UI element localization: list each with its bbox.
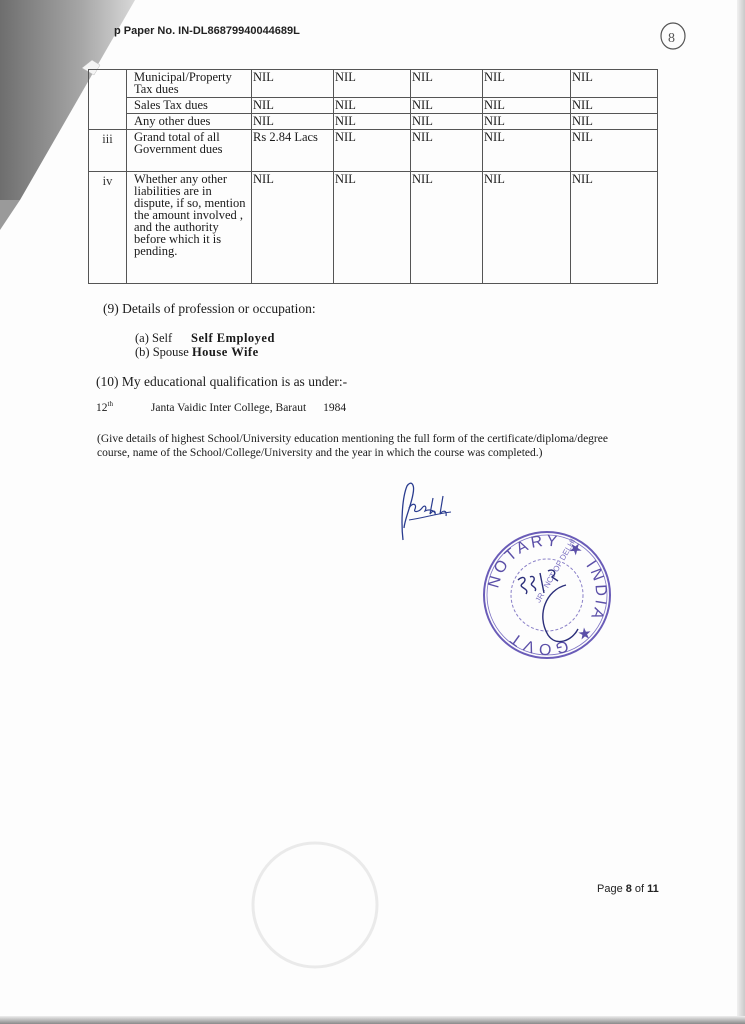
occupation-spouse-label: (b) Spouse <box>135 345 189 359</box>
signature-icon <box>395 478 465 548</box>
table-row: iiiGrand total of all Government duesRs … <box>89 130 658 172</box>
table-cell: NIL <box>334 70 411 98</box>
bleed-through-stamp-icon <box>240 835 390 975</box>
table-cell: NIL <box>252 114 334 130</box>
table-cell: NIL <box>483 172 571 284</box>
table-cell: NIL <box>571 98 658 114</box>
row-index: iv <box>89 172 127 284</box>
table-cell: Rs 2.84 Lacs <box>252 130 334 172</box>
table-cell: NIL <box>483 70 571 98</box>
section-9-heading: (9) Details of profession or occupation: <box>103 301 316 317</box>
table-cell: NIL <box>252 98 334 114</box>
row-index: iii <box>89 130 127 172</box>
table-cell: NIL <box>411 70 483 98</box>
table-cell: NIL <box>571 172 658 284</box>
table-cell: NIL <box>411 130 483 172</box>
stamp-paper-number: p Paper No. IN-DL86879940044689L <box>114 25 300 37</box>
page-edge-bottom <box>0 1016 745 1024</box>
row-index <box>89 70 127 130</box>
table-cell: NIL <box>334 172 411 284</box>
table-cell: NIL <box>252 70 334 98</box>
page-edge-right <box>737 0 745 1024</box>
occupation-self-label: (a) Self <box>135 331 191 345</box>
table-cell: NIL <box>252 172 334 284</box>
table-cell: NIL <box>411 114 483 130</box>
row-description: Whether any other liabilities are in dis… <box>127 172 252 284</box>
table-cell: NIL <box>334 130 411 172</box>
education-year: 1984 <box>323 402 346 414</box>
table-cell: NIL <box>334 114 411 130</box>
education-entry: 12th Janta Vaidic Inter College, Baraut … <box>96 400 346 414</box>
occupation-details: (a) SelfSelf Employed (b) Spouse House W… <box>135 331 275 359</box>
occupation-spouse-value: House Wife <box>192 345 259 359</box>
table-cell: NIL <box>571 70 658 98</box>
table-cell: NIL <box>411 98 483 114</box>
table-cell: NIL <box>483 114 571 130</box>
table-row: Sales Tax duesNILNILNILNILNIL <box>89 98 658 114</box>
education-institution: Janta Vaidic Inter College, Baraut <box>151 402 306 414</box>
table-cell: NIL <box>411 172 483 284</box>
handwritten-page-number-icon: 8 <box>658 20 688 52</box>
row-description: Grand total of all Government dues <box>127 130 252 172</box>
table-row: ivWhether any other liabilities are in d… <box>89 172 658 284</box>
row-description: Municipal/Property Tax dues <box>127 70 252 98</box>
table-cell: NIL <box>571 130 658 172</box>
occupation-self-value: Self Employed <box>191 331 275 345</box>
table-cell: NIL <box>334 98 411 114</box>
dues-table: Municipal/Property Tax duesNILNILNILNILN… <box>88 69 658 284</box>
notary-stamp-icon: NOTARY ★ INDIA ★ GOVT JR · NCT OF DELHI <box>478 525 616 665</box>
row-description: Sales Tax dues <box>127 98 252 114</box>
table-cell: NIL <box>483 130 571 172</box>
table-cell: NIL <box>483 98 571 114</box>
total-pages: 11 <box>647 883 659 895</box>
table-row: Any other duesNILNILNILNILNIL <box>89 114 658 130</box>
education-degree: 12th <box>96 400 148 414</box>
education-instruction-note: (Give details of highest School/Universi… <box>97 432 617 460</box>
section-10-heading: (10) My educational qualification is as … <box>96 374 347 390</box>
table-row: Municipal/Property Tax duesNILNILNILNILN… <box>89 70 658 98</box>
svg-text:8: 8 <box>668 31 675 46</box>
page-footer: Page 8 of 11 <box>597 883 659 895</box>
occupation-self: (a) SelfSelf Employed <box>135 331 275 345</box>
occupation-spouse: (b) Spouse House Wife <box>135 345 275 359</box>
table-cell: NIL <box>571 114 658 130</box>
svg-text:NOTARY ★ INDIA ★ GOVT: NOTARY ★ INDIA ★ GOVT <box>485 533 609 658</box>
row-description: Any other dues <box>127 114 252 130</box>
